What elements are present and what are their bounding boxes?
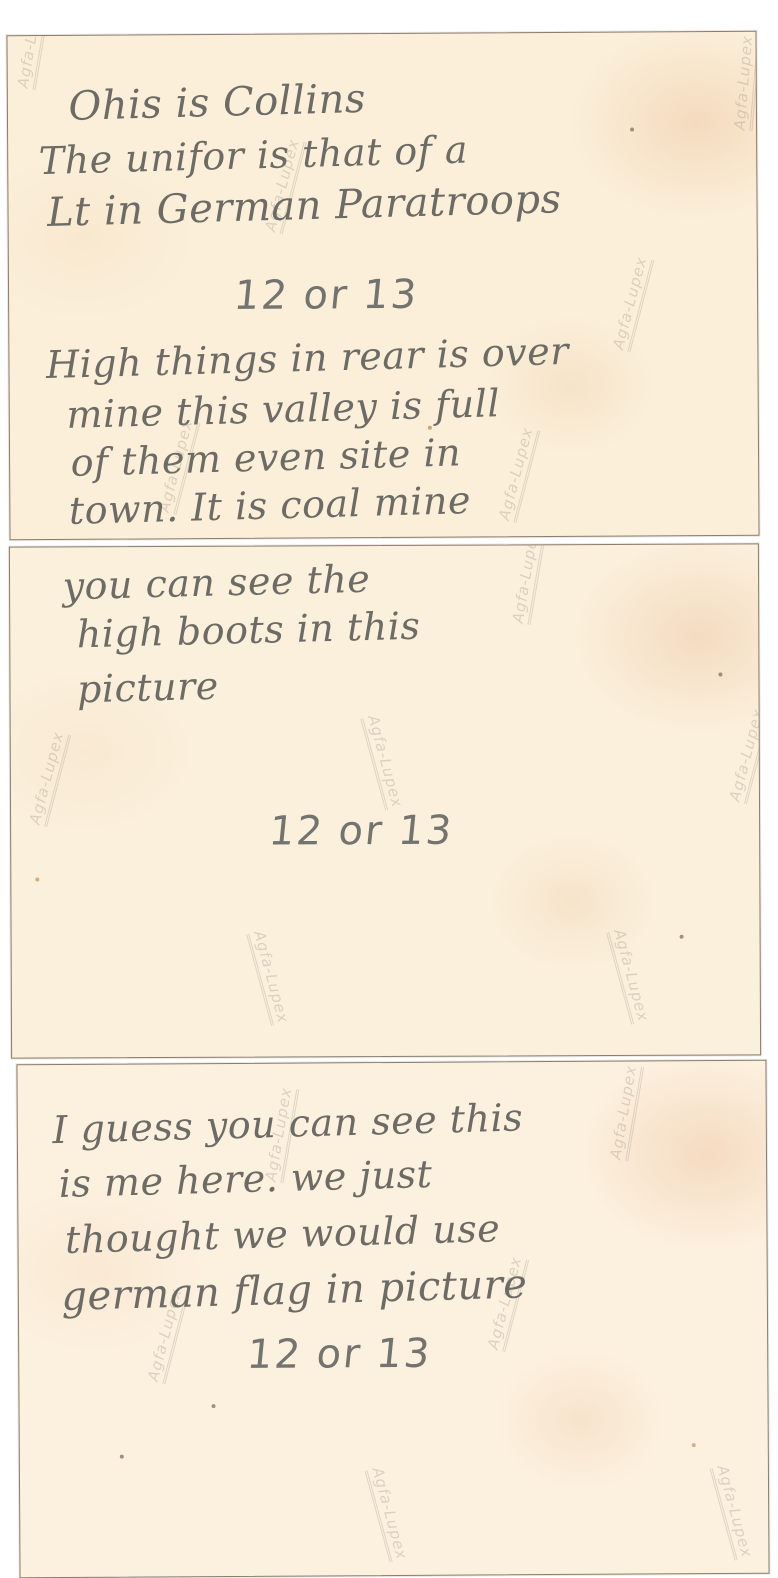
photo-number-note: 12 or 13 bbox=[267, 808, 456, 855]
photo-back-card-2: Agfa-Lupex Agfa-Lupex Agfa-Lupex Agfa-Lu… bbox=[9, 543, 761, 1058]
paper-speck bbox=[718, 673, 722, 677]
handwritten-line: Ohis is Collins bbox=[68, 72, 367, 134]
agfa-lupex-watermark: Agfa-Lupex bbox=[365, 1465, 411, 1563]
agfa-lupex-watermark: Agfa-Lupex bbox=[509, 543, 547, 625]
agfa-lupex-watermark: Agfa-Lupex bbox=[14, 31, 52, 90]
agfa-lupex-watermark: Agfa-Lupex bbox=[726, 707, 761, 805]
paper-speck bbox=[212, 1404, 216, 1408]
agfa-lupex-watermark: Agfa-Lupex bbox=[606, 927, 652, 1025]
handwritten-line: picture bbox=[76, 659, 219, 717]
photo-number-note: 12 or 13 bbox=[232, 272, 421, 319]
handwritten-line: german flag in picture bbox=[61, 1257, 528, 1324]
agfa-lupex-watermark: Agfa-Lupex bbox=[26, 730, 72, 828]
handwritten-line: is me here. we just bbox=[58, 1147, 433, 1211]
handwritten-line: thought we would use bbox=[64, 1201, 501, 1267]
paper-speck bbox=[428, 426, 432, 430]
paper-speck bbox=[120, 1455, 124, 1459]
paper-speck bbox=[692, 1443, 696, 1447]
paper-speck bbox=[630, 127, 634, 131]
handwritten-line: high boots in this bbox=[76, 599, 421, 662]
agfa-lupex-watermark: Agfa-Lupex bbox=[710, 1463, 756, 1561]
photo-number-note: 12 or 13 bbox=[245, 1331, 434, 1378]
agfa-lupex-watermark: Agfa-Lupex bbox=[360, 713, 406, 811]
agfa-lupex-watermark: Agfa-Lupex bbox=[607, 1064, 645, 1162]
photo-back-card-3: Agfa-Lupex Agfa-Lupex Agfa-Lupex Agfa-Lu… bbox=[16, 1060, 769, 1578]
agfa-lupex-watermark: Agfa-Lupex bbox=[731, 34, 760, 131]
agfa-lupex-watermark: Agfa-Lupex bbox=[246, 929, 292, 1027]
paper-speck bbox=[680, 935, 684, 939]
handwritten-line: I guess you can see this bbox=[52, 1090, 524, 1157]
paper-speck bbox=[35, 878, 39, 882]
agfa-lupex-watermark: Agfa-Lupex bbox=[495, 425, 540, 523]
handwritten-line: town. It is coal mine bbox=[68, 473, 471, 538]
agfa-lupex-watermark: Agfa-Lupex bbox=[609, 255, 654, 353]
photo-back-card-1: Agfa-Lupex Agfa-Lupex Agfa-Lupex Agfa-Lu… bbox=[6, 31, 759, 541]
